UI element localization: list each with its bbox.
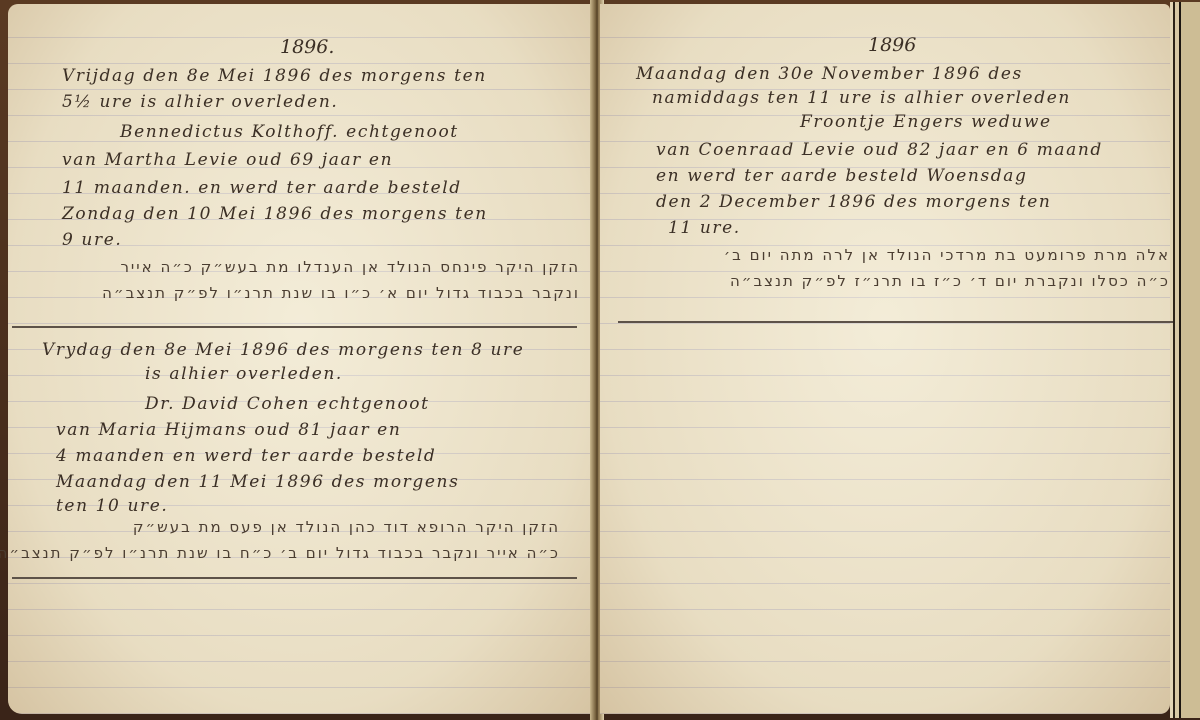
entry-line: Zondag den 10 Mei 1896 des morgens ten [62, 204, 488, 224]
deceased-name: Bennedictus Kolthoff. echtgenoot [120, 122, 459, 142]
right-year-heading: 1896 [868, 34, 916, 56]
hebrew-line: אלה מרת פרומעט בת מרדכי הנולד אן לרה מתה… [724, 246, 1170, 264]
entry-line: Maandag den 30e November 1896 des [636, 64, 1023, 84]
entry-divider [12, 577, 577, 579]
entry-line: Maandag den 11 Mei 1896 des morgens [56, 472, 459, 492]
right-page [600, 4, 1170, 714]
deceased-name: Dr. David Cohen echtgenoot [145, 394, 430, 414]
hebrew-line: כ״ה אייר ונקבר בכבוד גדול יום ב׳ כ״ח בו … [0, 544, 560, 562]
entry-line: 5½ ure is alhier overleden. [62, 92, 338, 112]
page-edges [1170, 2, 1200, 718]
entry-line: 11 ure. [668, 218, 741, 238]
deceased-name: Froontje Engers weduwe [800, 112, 1052, 132]
entry-line: 11 maanden. en werd ter aarde besteld [62, 178, 462, 198]
entry-line: en werd ter aarde besteld Woensdag [656, 166, 1027, 186]
entry-line: van Maria Hijmans oud 81 jaar en [56, 420, 401, 440]
entry-divider [12, 326, 577, 328]
entry-line: den 2 December 1896 des morgens ten [656, 192, 1051, 212]
entry-line: van Coenraad Levie oud 82 jaar en 6 maan… [656, 140, 1103, 160]
entry-line: 9 ure. [62, 230, 122, 250]
hebrew-line: כ״ה כסלו ונקברת יום ד׳ כ״ז בו תרנ״ז לפ״ק… [730, 272, 1170, 290]
hebrew-line: ונקבר בכבוד גדול יום א׳ כ״ו בו שנת תרנ״ו… [102, 284, 580, 302]
entry-line: Vrijdag den 8e Mei 1896 des morgens ten [62, 66, 487, 86]
entry-line: 4 maanden en werd ter aarde besteld [56, 446, 436, 466]
entry-line: is alhier overleden. [145, 364, 343, 384]
entry-line: namiddags ten 11 ure is alhier overleden [652, 88, 1071, 108]
entry-line: Vrydag den 8e Mei 1896 des morgens ten 8… [42, 340, 524, 360]
left-year-heading: 1896. [280, 36, 334, 58]
entry-line: van Martha Levie oud 69 jaar en [62, 150, 393, 170]
entry-line: ten 10 ure. [56, 496, 168, 516]
entry-divider [618, 321, 1173, 323]
hebrew-line: הזקן היקר הרופא דוד כהן הנולד אן פעס מת … [133, 518, 560, 536]
hebrew-line: הזקן היקר פינחס הנולד אן הענדלו מת בעש״ק… [120, 258, 580, 276]
